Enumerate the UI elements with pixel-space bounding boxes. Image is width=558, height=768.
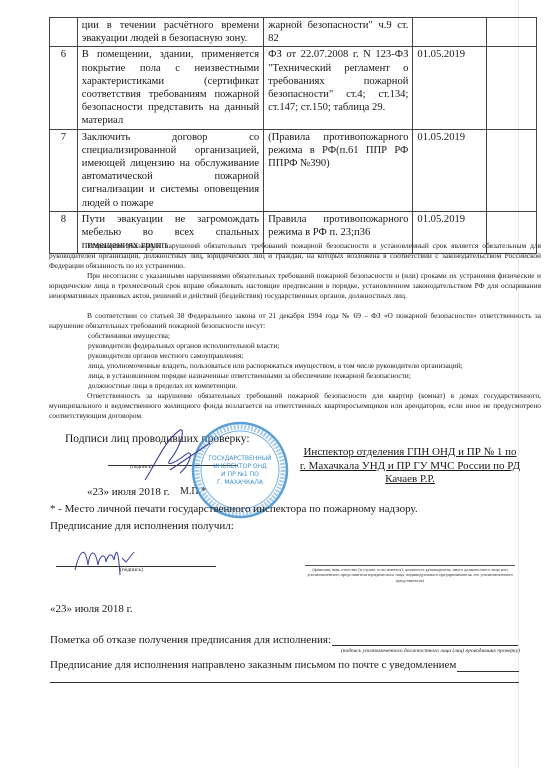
paragraph-appeal: При несогласии с указанными нарушениями … — [49, 271, 541, 301]
list-item: должностные лица в пределах их компетенц… — [88, 381, 237, 391]
paragraph-obligation: Устранение указанных нарушений обязатель… — [49, 241, 541, 271]
refusal-line — [332, 645, 518, 646]
table-row: ции в течении расчётного времени эвакуац… — [50, 18, 537, 47]
recipient-signature-caption: (подпись) — [120, 567, 143, 573]
svg-text:ИНСПЕКТОР ОНД: ИНСПЕКТОР ОНД — [213, 463, 267, 470]
receipt-date: «23» июля 2018 г. — [50, 603, 133, 615]
row-number: 6 — [50, 47, 78, 129]
deadline: 01.05.2019 — [413, 47, 486, 129]
list-item: лица, в установленном порядке назначенны… — [88, 371, 411, 381]
row-number: 7 — [50, 129, 78, 211]
received-label: Предписание для исполнения получил: — [50, 520, 234, 532]
paragraph-housing: Ответственность за нарушение обязательны… — [49, 391, 541, 421]
inspector-name: Качаев Р.Р. — [385, 473, 435, 485]
list-item: лица, уполномоченные владеть, пользовать… — [88, 361, 463, 371]
inspector-block: Инспектор отделения ГПН ОНД и ПР № 1 по … — [270, 446, 550, 487]
mailed-label: Предписание для исполнения направлено за… — [50, 659, 456, 671]
refusal-label: Пометка об отказе получения предписания … — [50, 634, 331, 646]
inspector-position-line1: Инспектор отделения ГПН ОНД и ПР № 1 по — [303, 446, 516, 458]
mailed-line-full — [50, 682, 519, 683]
legal-reference: (Правила противопожарного режима в РФ(п.… — [264, 129, 413, 211]
svg-text:Г. МАХАЧКАЛА: Г. МАХАЧКАЛА — [217, 479, 264, 486]
list-item: собственники имущества; — [88, 331, 170, 341]
recipient-name-caption: (фамилия, имя, отчество (в случае, если … — [305, 567, 515, 583]
mailed-line — [457, 671, 519, 672]
legal-reference: ФЗ от 22.07.2008 г. N 123-ФЗ "Технически… — [264, 47, 413, 129]
table-row: 6 В помещении, здании, применяется покры… — [50, 47, 537, 129]
seal-footnote: * - Место личной печати государственного… — [50, 503, 418, 515]
note — [486, 47, 536, 129]
inspector-position-line2: г. Махачкала УНД и ПР ГУ МЧС России по Р… — [300, 460, 520, 472]
violation-description: ции в течении расчётного времени эвакуац… — [77, 18, 263, 47]
svg-text:И ПР №1 ПО: И ПР №1 ПО — [221, 471, 259, 478]
document-page: ции в течении расчётного времени эвакуац… — [0, 0, 558, 768]
recipient-name-line — [305, 565, 515, 566]
deadline — [413, 18, 486, 47]
list-item: руководители федеральных органов исполни… — [88, 341, 279, 351]
refusal-caption: (подпись уполномоченного должностного ли… — [310, 648, 520, 654]
violation-description: В помещении, здании, применяется покрыти… — [77, 47, 263, 129]
paragraph-responsibility: В соответствии со статьей 38 Федеральног… — [49, 311, 541, 331]
deadline: 01.05.2019 — [413, 129, 486, 211]
violations-table: ции в течении расчётного времени эвакуац… — [49, 17, 537, 254]
list-item: руководители органов местного самоуправл… — [88, 351, 243, 361]
row-number — [50, 18, 78, 47]
violation-description: Заключить договор со специализированной … — [77, 129, 263, 211]
note — [486, 129, 536, 211]
inspection-date: «23» июля 2018 г. — [87, 486, 170, 498]
legal-reference: жарной безопасности" ч.9 ст. 82 — [264, 18, 413, 47]
note — [486, 18, 536, 47]
table-row: 7 Заключить договор со специализированно… — [50, 129, 537, 211]
recipient-signature-icon — [70, 540, 140, 580]
inspector-signature-icon — [140, 425, 220, 485]
